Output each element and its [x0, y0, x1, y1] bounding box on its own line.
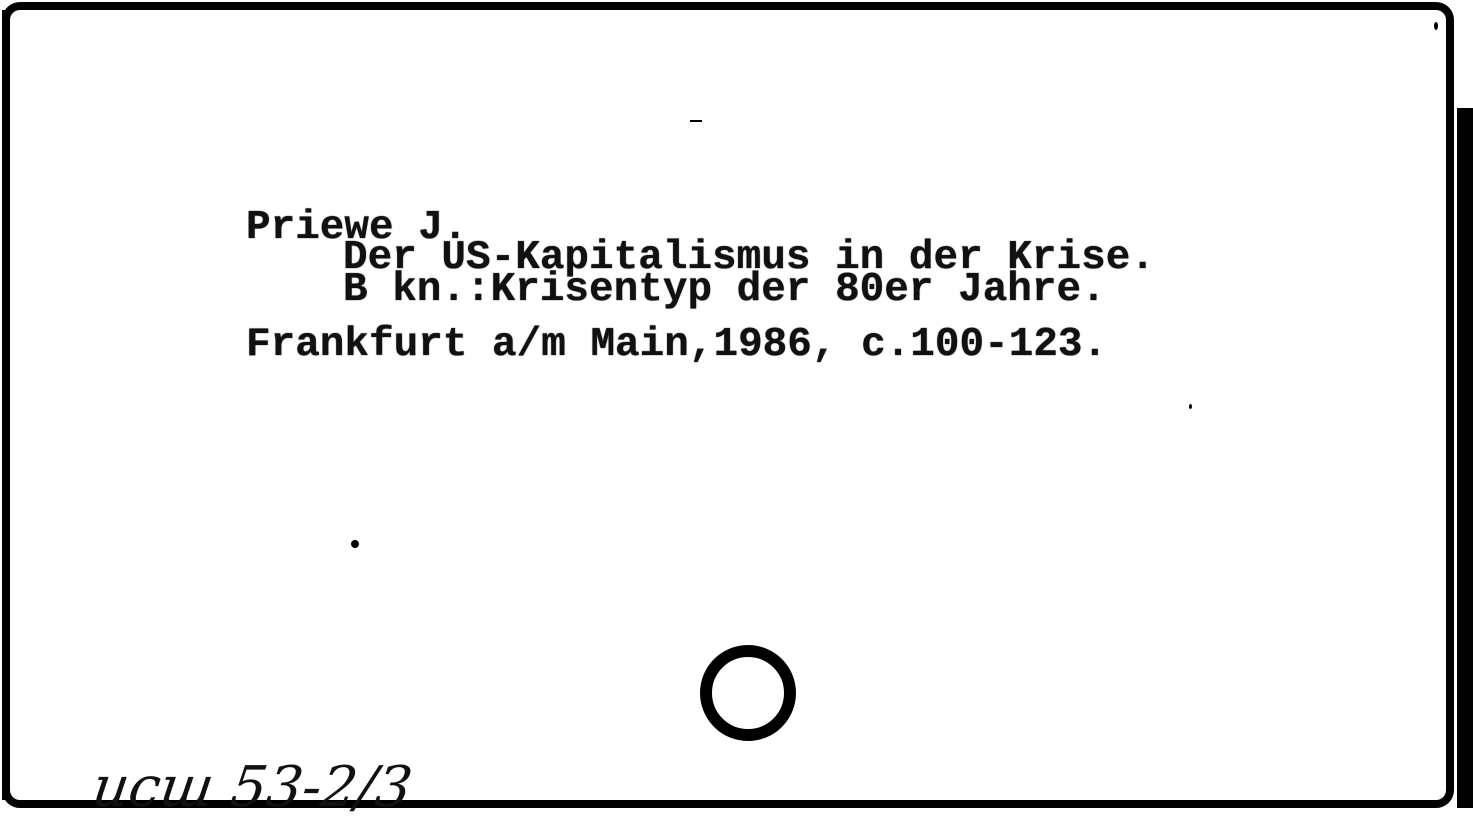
- shelf-mark: исш 53-2/3: [53, 690, 425, 820]
- ink-speck: [1434, 22, 1438, 30]
- shelf-mark-code: исш 53-2/3: [88, 755, 416, 820]
- card-in-source: B kn.:Krisentyp der 80er Jahre.: [343, 270, 1106, 311]
- punch-hole-icon: [700, 645, 796, 741]
- card-imprint: Frankfurt a/m Main,1986, c.100-123.: [246, 325, 1107, 366]
- ink-speck: [1189, 404, 1192, 409]
- ink-speck: [690, 120, 702, 122]
- ink-speck: [351, 540, 359, 548]
- card-edge-shadow: [1457, 108, 1473, 808]
